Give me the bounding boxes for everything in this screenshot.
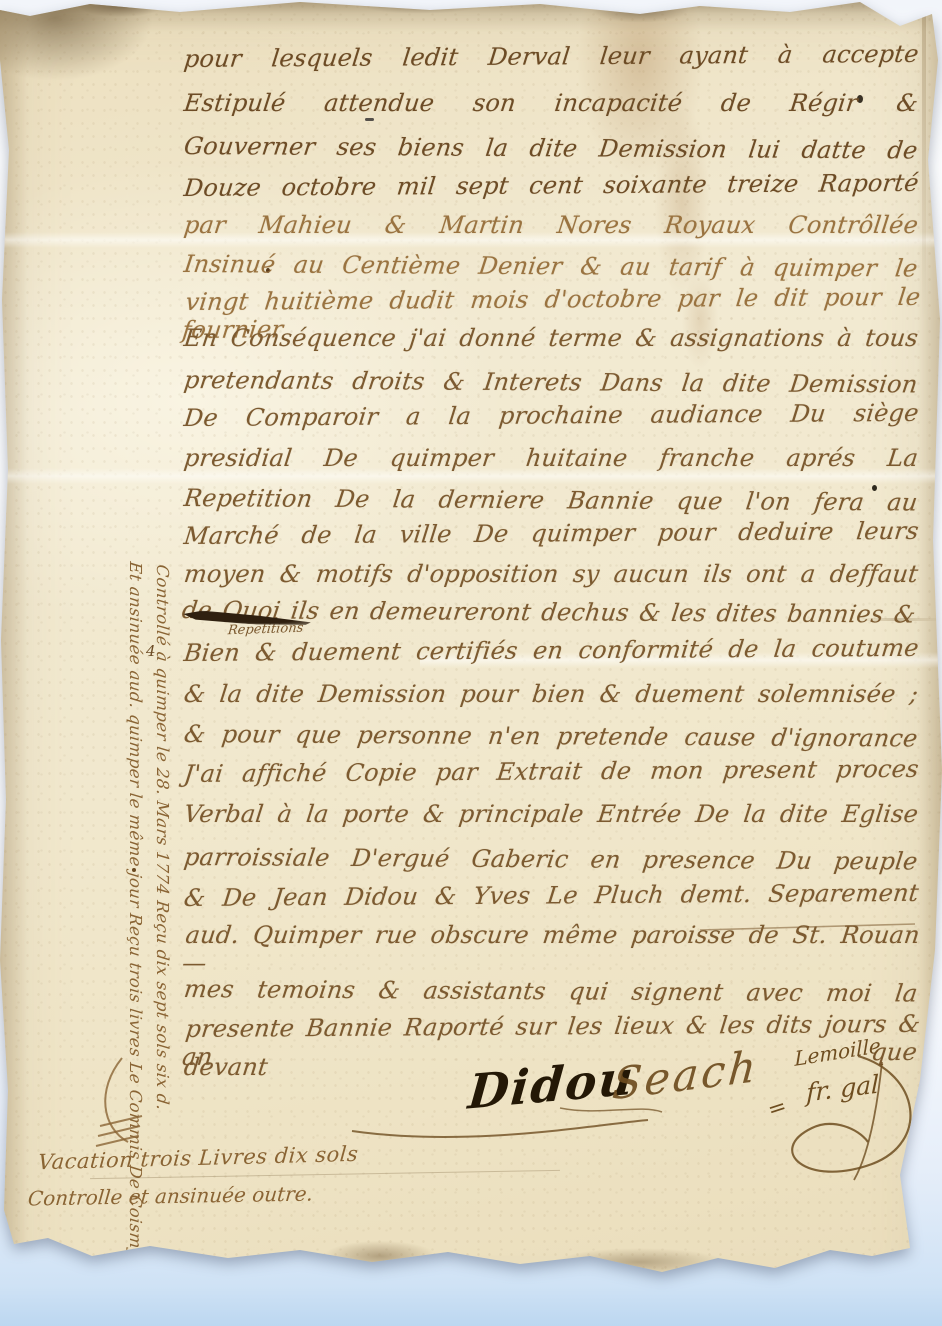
paper-shadow: pour lesquels ledit Derval leur ayant à … xyxy=(0,0,942,1326)
scan-background: pour lesquels ledit Derval leur ayant à … xyxy=(0,0,942,1326)
paper-sheet: pour lesquels ledit Derval leur ayant à … xyxy=(0,0,942,1326)
paper-vignette xyxy=(0,0,942,1326)
